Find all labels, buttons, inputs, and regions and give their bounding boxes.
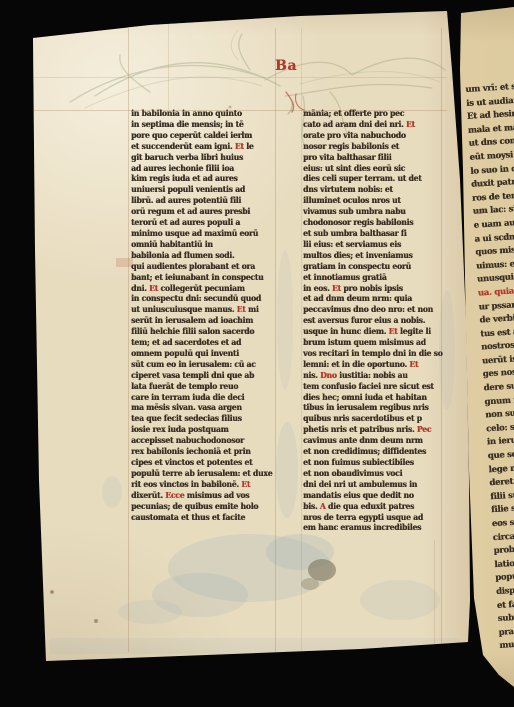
text-line: multos dies; et inveniamus [303,250,437,261]
ruling-line [441,28,442,646]
text-line: dns virtutem nobis: et [303,184,437,195]
text-line: et non credidimus; diffidentes [303,446,437,457]
smudge-stain [301,559,336,590]
text-line: qui audientes plorabant et ora [131,261,271,272]
text-line: dni. Et collegerūt pecuniam [131,283,271,294]
text-line: iosie rex iuda postquam [131,424,271,435]
text-line: rit eos vinctos in babilonē. Et [131,479,271,490]
text-line: dies hec; omni iuda et habitan [303,392,437,403]
text-line: ciperet vasa templi dni que ab [131,370,271,381]
text-line: et ad dnm deum nrm: quia [303,293,437,304]
text-line: em hanc eramus incredibiles [303,522,437,533]
text-line: orate pro vita nabuchodo [303,130,437,141]
text-line: phetis nris et patribus nris. Pec [303,424,437,435]
text-line: bant; et ieiunabant in conspectu [131,272,271,283]
text-line: cato ad aram dni dei nri. Et [303,119,437,130]
text-line: vivamus sub umbra nabu [303,206,437,217]
text-line: bis. A die qua eduxit patres [303,501,437,512]
text-line: populū terre ab ierusalem: et duxe [131,468,271,479]
text-line: eius: ut sint dies eorū sic [303,163,437,174]
text-line: caustomata et thus et facite [131,512,271,523]
text-line: lii eius: et serviamus eis [303,239,437,250]
text-line: omniū habitantiū in [131,239,271,250]
text-line: kim regis iuda et ad aures [131,173,271,184]
text-line: mānia; et offerte pro pec [303,108,437,119]
text-line: cavimus ante dnm deum nrm [303,435,437,446]
text-line: git baruch verba libri huius [131,152,271,163]
text-line: tibus in ierusalem regibus nris [303,402,437,413]
text-line: et sub umbra balthasar fi [303,228,437,239]
text-line: et succenderūt eam igni. Et le [131,141,271,152]
text-line: sūt cum eo in ierusalem: cū ac [131,359,271,370]
text-line: dni dei nri ut ambulemus in [303,479,437,490]
text-line: in septima die mensis; in tē [131,119,271,130]
text-line: nros de terra egypti usque ad [303,512,437,523]
text-line: gratiam in conspectu eorū [303,261,437,272]
text-line: ut uniuscuiusque manus. Et mi [131,304,271,315]
text-line: pro vita balthasar filii [303,152,437,163]
text-line: est aversus furor eius a nobis. [303,315,437,326]
text-line: ad aures iechonie filii ioa [131,163,271,174]
foliate-flourish-icon [85,30,440,108]
text-line: chodonosor regis babilonis [303,217,437,228]
text-line: et innotiamus gratiā [303,272,437,283]
text-line: omnem populū qui inventi [131,348,271,359]
ruling-line [275,28,276,652]
text-line: nosor regis babilonis et [303,141,437,152]
text-line: orū regum et ad aures presbi [131,206,271,217]
text-line: care in terram iuda die deci [131,392,271,403]
text-line: babilonia ad flumen sodi. [131,250,271,261]
manuscript-photo: um vrī: et supis ut audiam sEt ad hesimu… [0,0,514,707]
text-line: accepisset nabuchodonosor [131,435,271,446]
text-column-right: mānia; et offerte pro peccato ad aram dn… [303,108,437,533]
text-line: minimo usque ad maximū eorū [131,228,271,239]
text-line: rex babilonis iechoniā et prin [131,446,271,457]
ruling-line [301,28,302,652]
text-line: terorū et ad aures populi a [131,217,271,228]
text-line: illuminet oculos nros ut [303,195,437,206]
text-line: usque in hunc diem. Et legite li [303,326,437,337]
text-line: in conspectu dni: secundū quod [131,293,271,304]
facing-page-text: um vrī: et supis ut audiam sEt ad hesimu… [465,79,514,654]
text-line: filiū helchie filii salon sacerdo [131,326,271,337]
manuscript-page: Ba in babilonia in anno quintoin septima… [0,0,514,707]
text-line: dies celi super terram. ut det [303,173,437,184]
text-line: vos recitari in templo dni in die so [303,348,437,359]
running-title: Ba [275,58,297,74]
text-line: cipes et vinctos et potentes et [131,457,271,468]
page-crease [434,540,435,652]
text-line: in babilonia in anno quinto [131,108,271,119]
text-line: pore quo ceperūt caldei ierlm [131,130,271,141]
text-line: lata fuerāt de templo reuo [131,381,271,392]
text-line: tem confusio faciei nre sicut est [303,381,437,392]
text-line: serūt in ierusalem ad ioachim [131,315,271,326]
text-line: tem; et ad sacerdotes et ad [131,337,271,348]
text-line: brum istum quem misimus ad [303,337,437,348]
text-line: lemni: et in die oportuno. Et [303,359,437,370]
text-line: librū. ad aures potentiū fili [131,195,271,206]
text-line: dixerūt. Ecce misimus ad vos [131,490,271,501]
text-line: tea que fecit sedecias filius [131,413,271,424]
ruling-line [128,28,129,652]
text-column-left: in babilonia in anno quintoin septima di… [131,108,271,522]
text-line: peccavimus dno deo nro: et non [303,304,437,315]
text-line: et non obaudivimus voci [303,468,437,479]
text-line: et non fuimus subiectibiles [303,457,437,468]
text-line: pecunias; de quibus emite holo [131,501,271,512]
ruling-line [33,77,447,78]
text-line: in eos. Et pro nobis ipsis [303,283,437,294]
ruling-line [168,22,169,110]
text-line: nis. Dno iustitia: nobis au [303,370,437,381]
text-line: quibus nris sacerdotibus et p [303,413,437,424]
text-line: uniuersi populi venientis ad [131,184,271,195]
text-line: mandatis eius que dedit no [303,490,437,501]
text-line: ma mēsis sivan. vasa argen [131,402,271,413]
